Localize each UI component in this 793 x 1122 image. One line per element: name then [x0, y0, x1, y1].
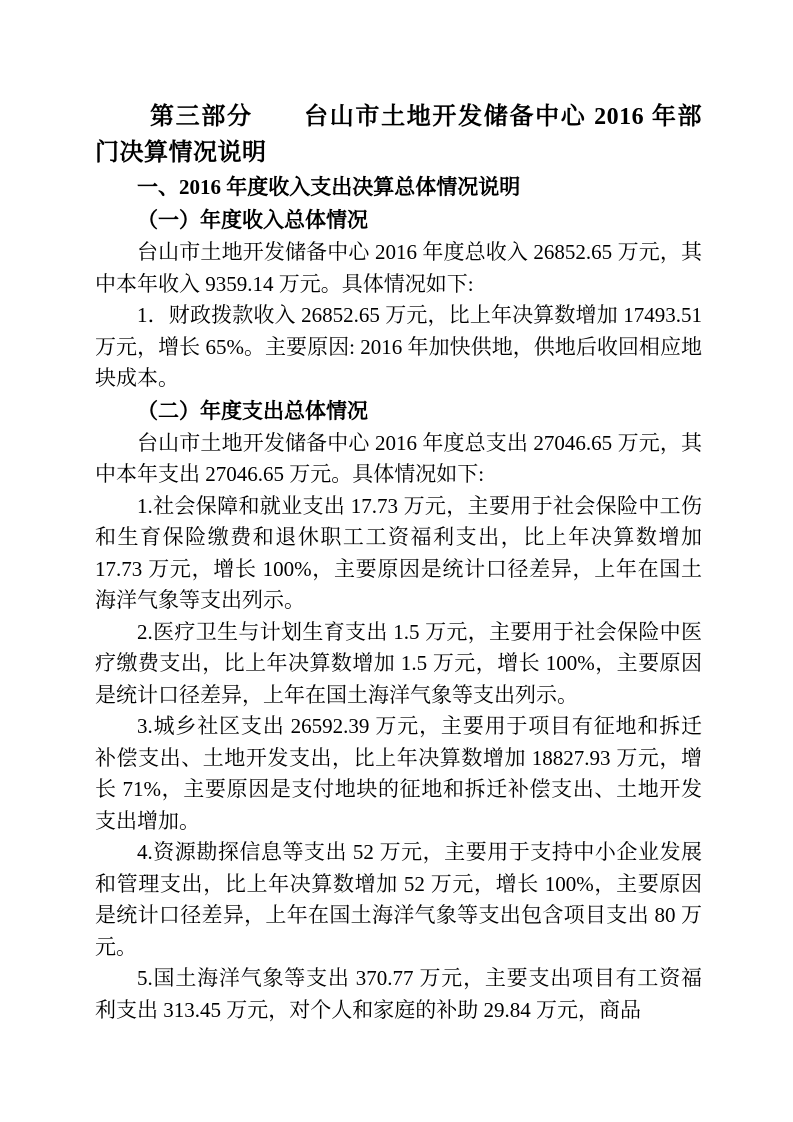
expenditure-summary-paragraph: 台山市土地开发储备中心 2016 年度总支出 27046.65 万元，其中本年支…: [95, 428, 702, 491]
income-item-1-paragraph: 1．财政拨款收入 26852.65 万元，比上年决算数增加 17493.51 万…: [95, 300, 702, 395]
income-summary-paragraph: 台山市土地开发储备中心 2016 年度总收入 26852.65 万元，其中本年收…: [95, 237, 702, 300]
expenditure-item-5-paragraph: 5.国土海洋气象等支出 370.77 万元，主要支出项目有工资福利支出 313.…: [95, 963, 702, 1026]
subsection-heading-expenditure: （二）年度支出总体情况: [95, 395, 702, 428]
section-heading-overview: 一、2016 年度收入支出决算总体情况说明: [95, 171, 702, 204]
expenditure-item-4-paragraph: 4.资源勘探信息等支出 52 万元，主要用于支持中小企业发展和管理支出，比上年决…: [95, 837, 702, 963]
subsection-heading-income: （一）年度收入总体情况: [95, 204, 702, 237]
document-content: 第三部分 台山市土地开发储备中心 2016 年部门决算情况说明 一、2016 年…: [95, 99, 702, 1026]
expenditure-item-1-paragraph: 1.社会保障和就业支出 17.73 万元，主要用于社会保险中工伤和生育保险缴费和…: [95, 491, 702, 617]
expenditure-item-3-paragraph: 3.城乡社区支出 26592.39 万元，主要用于项目有征地和拆迁补偿支出、土地…: [95, 711, 702, 837]
document-page: 第三部分 台山市土地开发储备中心 2016 年部门决算情况说明 一、2016 年…: [0, 0, 793, 1122]
expenditure-item-2-paragraph: 2.医疗卫生与计划生育支出 1.5 万元，主要用于社会保险中医疗缴费支出，比上年…: [95, 617, 702, 712]
document-title: 第三部分 台山市土地开发储备中心 2016 年部门决算情况说明: [95, 99, 702, 171]
